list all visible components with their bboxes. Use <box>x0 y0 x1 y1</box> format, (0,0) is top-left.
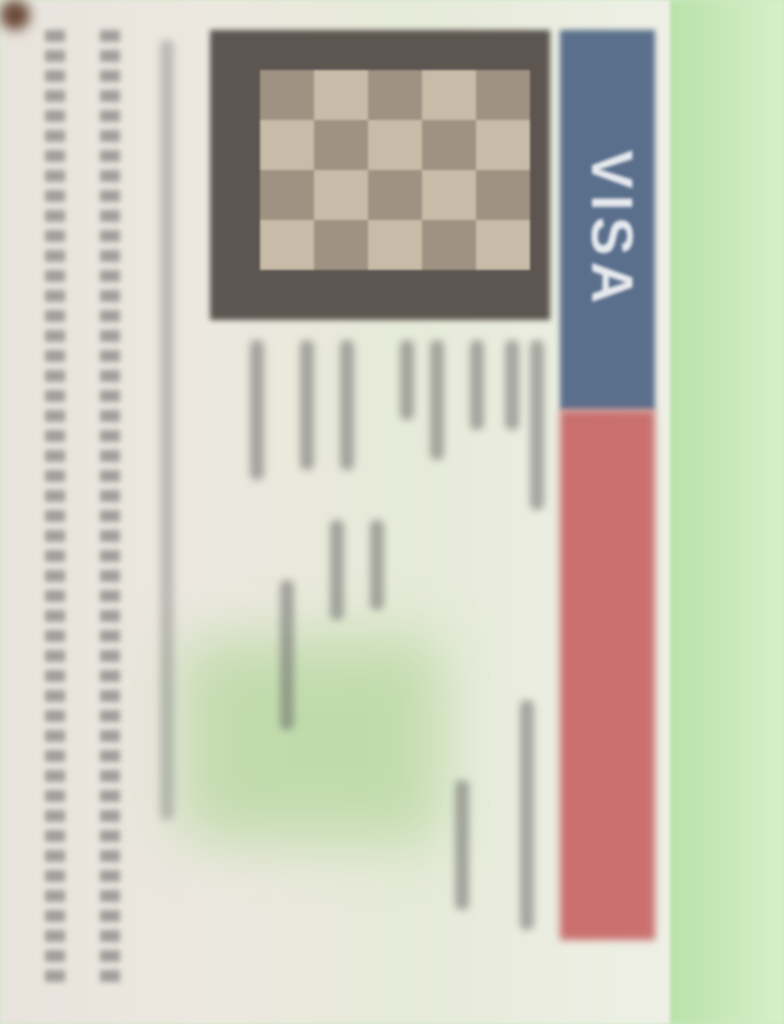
redacted-field <box>400 340 414 420</box>
redacted-mrz-line-2 <box>45 30 65 990</box>
redacted-field <box>250 340 264 480</box>
redacted-field <box>455 780 469 910</box>
redacted-field <box>280 580 294 730</box>
security-tint <box>180 640 440 840</box>
visa-title: VISA <box>578 150 645 309</box>
redacted-field <box>505 340 519 430</box>
passport-page-background <box>660 0 784 1024</box>
redacted-field <box>430 340 444 460</box>
finger-shadow <box>0 0 30 30</box>
redacted-field <box>370 520 384 610</box>
redacted-field <box>520 700 534 930</box>
redacted-field <box>470 340 484 430</box>
redacted-mrz-line-1 <box>100 30 120 990</box>
redacted-field <box>330 520 344 620</box>
redacted-field <box>160 40 174 820</box>
visa-header-red-band <box>560 410 655 940</box>
redacted-field <box>300 340 314 470</box>
redacted-field <box>530 340 544 510</box>
redacted-field <box>340 340 354 470</box>
pixelated-face-redaction <box>260 70 530 270</box>
